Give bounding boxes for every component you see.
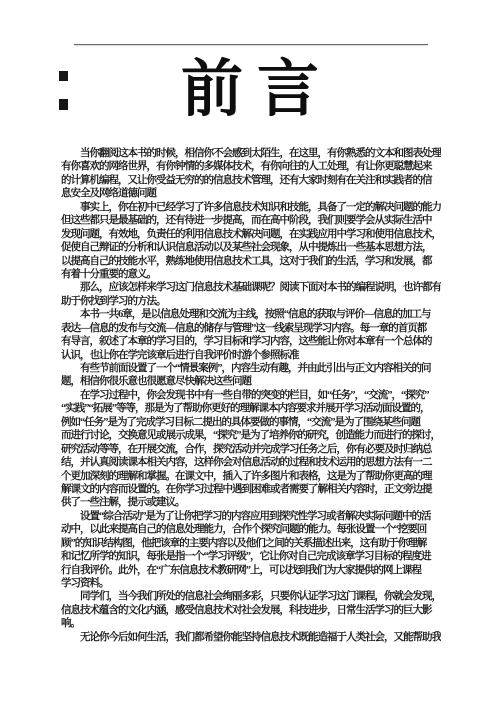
text-line: 当你翻阅这本书的时候，相信你不会感到太陌生，在这里，有你熟悉的文本和图表处理，	[61, 147, 441, 160]
text-line: 促使自己辩证的分析和认识信息活动以及某些社会现象，从中提炼出一些基本思想方法，	[61, 241, 441, 254]
text-line: 供了一些注解，提示或建议。	[61, 496, 441, 509]
page-title: 前言	[0, 52, 500, 130]
text-line: 信息技术蕴含的文化内涵，感受信息技术对社会发展，科技进步，日常生活学习的巨大影	[61, 604, 441, 617]
text-line: 的计算机编程，又让你受益无穷的的信息技术管理，还有大家时刻有在关注和实践者的信	[61, 174, 441, 187]
text-line: 有着十分重要的意义。	[61, 268, 441, 281]
text-line: 以提高自己的技能水平，熟练地使用信息技术工具，这对于我们的生活，学习和发展，都	[61, 255, 441, 268]
body-text: 当你翻阅这本书的时候，相信你不会感到太陌生，在这里，有你熟悉的文本和图表处理，有…	[61, 147, 441, 644]
text-line: 响。	[61, 617, 441, 630]
text-line: 有导言，叙述了本章的学习目的，学习目标和学习内容，这些能让你对本章有一个总体的	[61, 335, 441, 348]
text-line: 顾”的知识结构图，他把该章的主要内容以及他们之间的关系描述出来，这有助于你理解	[61, 537, 441, 550]
text-line: 那么，应该怎样来学习这门信息技术基础课呢？阅读下面对本书的编程说明，也许都有	[61, 281, 441, 294]
text-line: 例如“任务”是为了完成学习目标二提出的具体要做的事情，“交流”是为了围绕某些问题	[61, 416, 441, 429]
text-line: 解课文的内容而设置的。在你学习过程中遇到困难或者需要了解相关内容时，正文旁边提	[61, 483, 441, 496]
text-line: 题，相信你很乐意也很愿意尽快解决这些问题	[61, 375, 441, 388]
text-line: 本书一共6章，是以信息处理和交流为主线，按照“信息的获取与评价—信息的加工与	[61, 308, 441, 321]
text-line: 发现问题，有效地，负责任的利用信息技术解决问题，在实践应用中学习和使用信息技术，	[61, 228, 441, 241]
text-line: 息安全及网络道德问题	[61, 187, 441, 200]
text-line: 认识，也让你在学完该章后进行自我评价时游个参照标准	[61, 349, 441, 362]
text-line: 事实上，你在初中已经学习了许多信息技术知识和技能，具备了一定的解决问题的能力，	[61, 201, 441, 214]
text-line: 有些节前面设置了一个“情景案例”，内容生动有趣，并由此引出与正文内容相关的问	[61, 362, 441, 375]
text-line: 有你喜欢的网络世界，有你钟情的多媒体技术，有你向往的人工处理，有让你更聪慧起来	[61, 160, 441, 173]
header-rule	[74, 44, 428, 45]
text-line: 行自我评价。此外，在“广东信息技术教研网”上，可以找到我们为大家提供的网上课程	[61, 564, 441, 577]
text-line: 个更加深刻的理解和掌握。在课文中，插入了许多图片和表格，这是为了帮助你更高的理	[61, 470, 441, 483]
text-line: 研究活动等等，在开展交流，合作，探究活动并完成学习任务之后，你有必要及时归纳总	[61, 443, 441, 456]
text-line: “实践”“拓展”等等，那是为了帮助你更好的理解课本内容要求并展开学习活动面设置的…	[61, 402, 441, 415]
text-line: 表达—信息的发布与交流—信息的储存与管理”这一线索呈现学习内容。每一章的首页都	[61, 322, 441, 335]
document-page: 前言 当你翻阅这本书的时候，相信你不会感到太陌生，在这里，有你熟悉的文本和图表处…	[0, 0, 500, 708]
text-line: 在学习过程中，你会发现书中有一些自带的突变的栏目，如“任务”，“交流”，“探究”	[61, 389, 441, 402]
text-line: 助于你找到学习的方法。	[61, 295, 441, 308]
text-line: 设置“综合活动”是为了让你把学习的内容应用到探究性学习或者解决实际问题中的活	[61, 510, 441, 523]
text-line: 学习资料。	[61, 577, 441, 590]
text-line: 而进行讨论，交换意见或展示成果，“探究”是为了培养你的研究，创造能力而进行的探讨…	[61, 429, 441, 442]
text-line: 结，并认真阅读课本相关内容，这样你会对信息活动的过程和技术运用的思想方法有一二	[61, 456, 441, 469]
text-line: 动中，以此来提高自己的信息处理能力，合作个探究问题的能力。每张设置一个“挖要回	[61, 523, 441, 536]
text-line: 但这些都只是最基础的，还有待进一步提高，而在高中阶段，我们则要学会从实际生活中	[61, 214, 441, 227]
text-line: 无论你今后如何生活，我们都希望你能坚持信息技术既能造福于人类社会，又能帮助我	[61, 631, 441, 644]
text-line: 同学们，当今我们所处的信息社会绚丽多彩，只要你认证学习这门课程，你就会发现，	[61, 590, 441, 603]
text-line: 和记忆所学的知识，每张是指一个“学习评级”，它让你对自己完成该章学习目标的程度进	[61, 550, 441, 563]
